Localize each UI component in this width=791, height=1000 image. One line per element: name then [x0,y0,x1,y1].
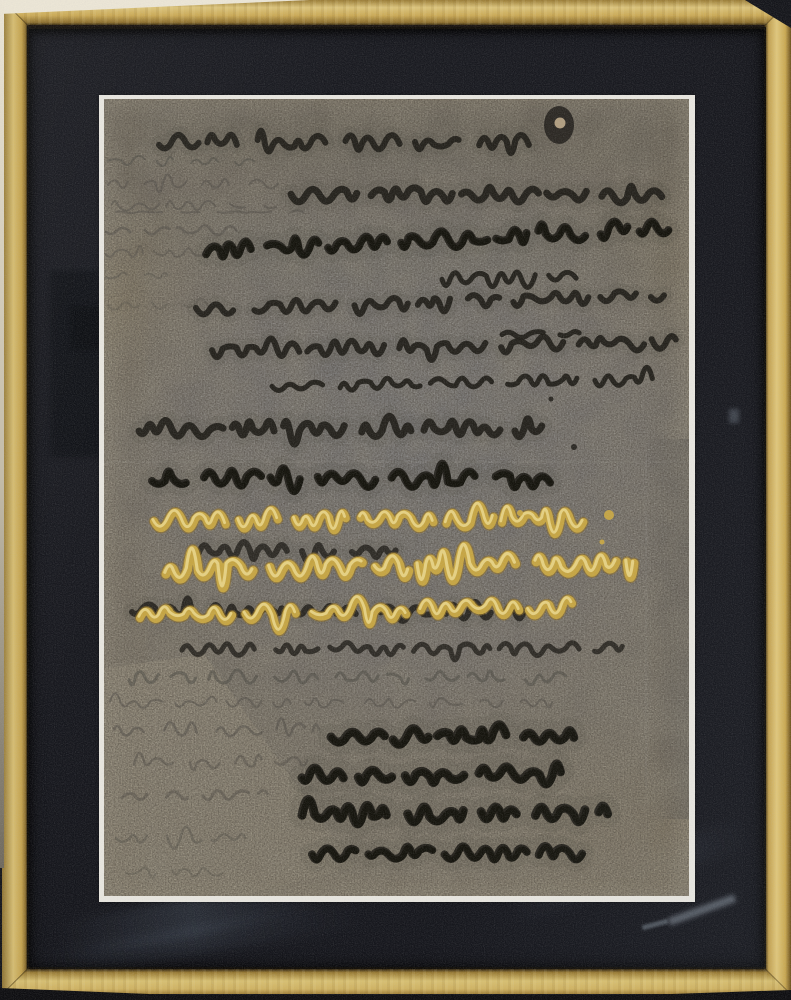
picture-frame [2,0,791,994]
glass-sheen [27,27,766,969]
frame-bottom-rail [2,969,791,994]
frame-right-rail [765,0,791,994]
frame-left-rail [2,0,27,994]
photograph-of-framed-artwork [0,0,791,1000]
wall-background-left-strip [0,0,4,868]
